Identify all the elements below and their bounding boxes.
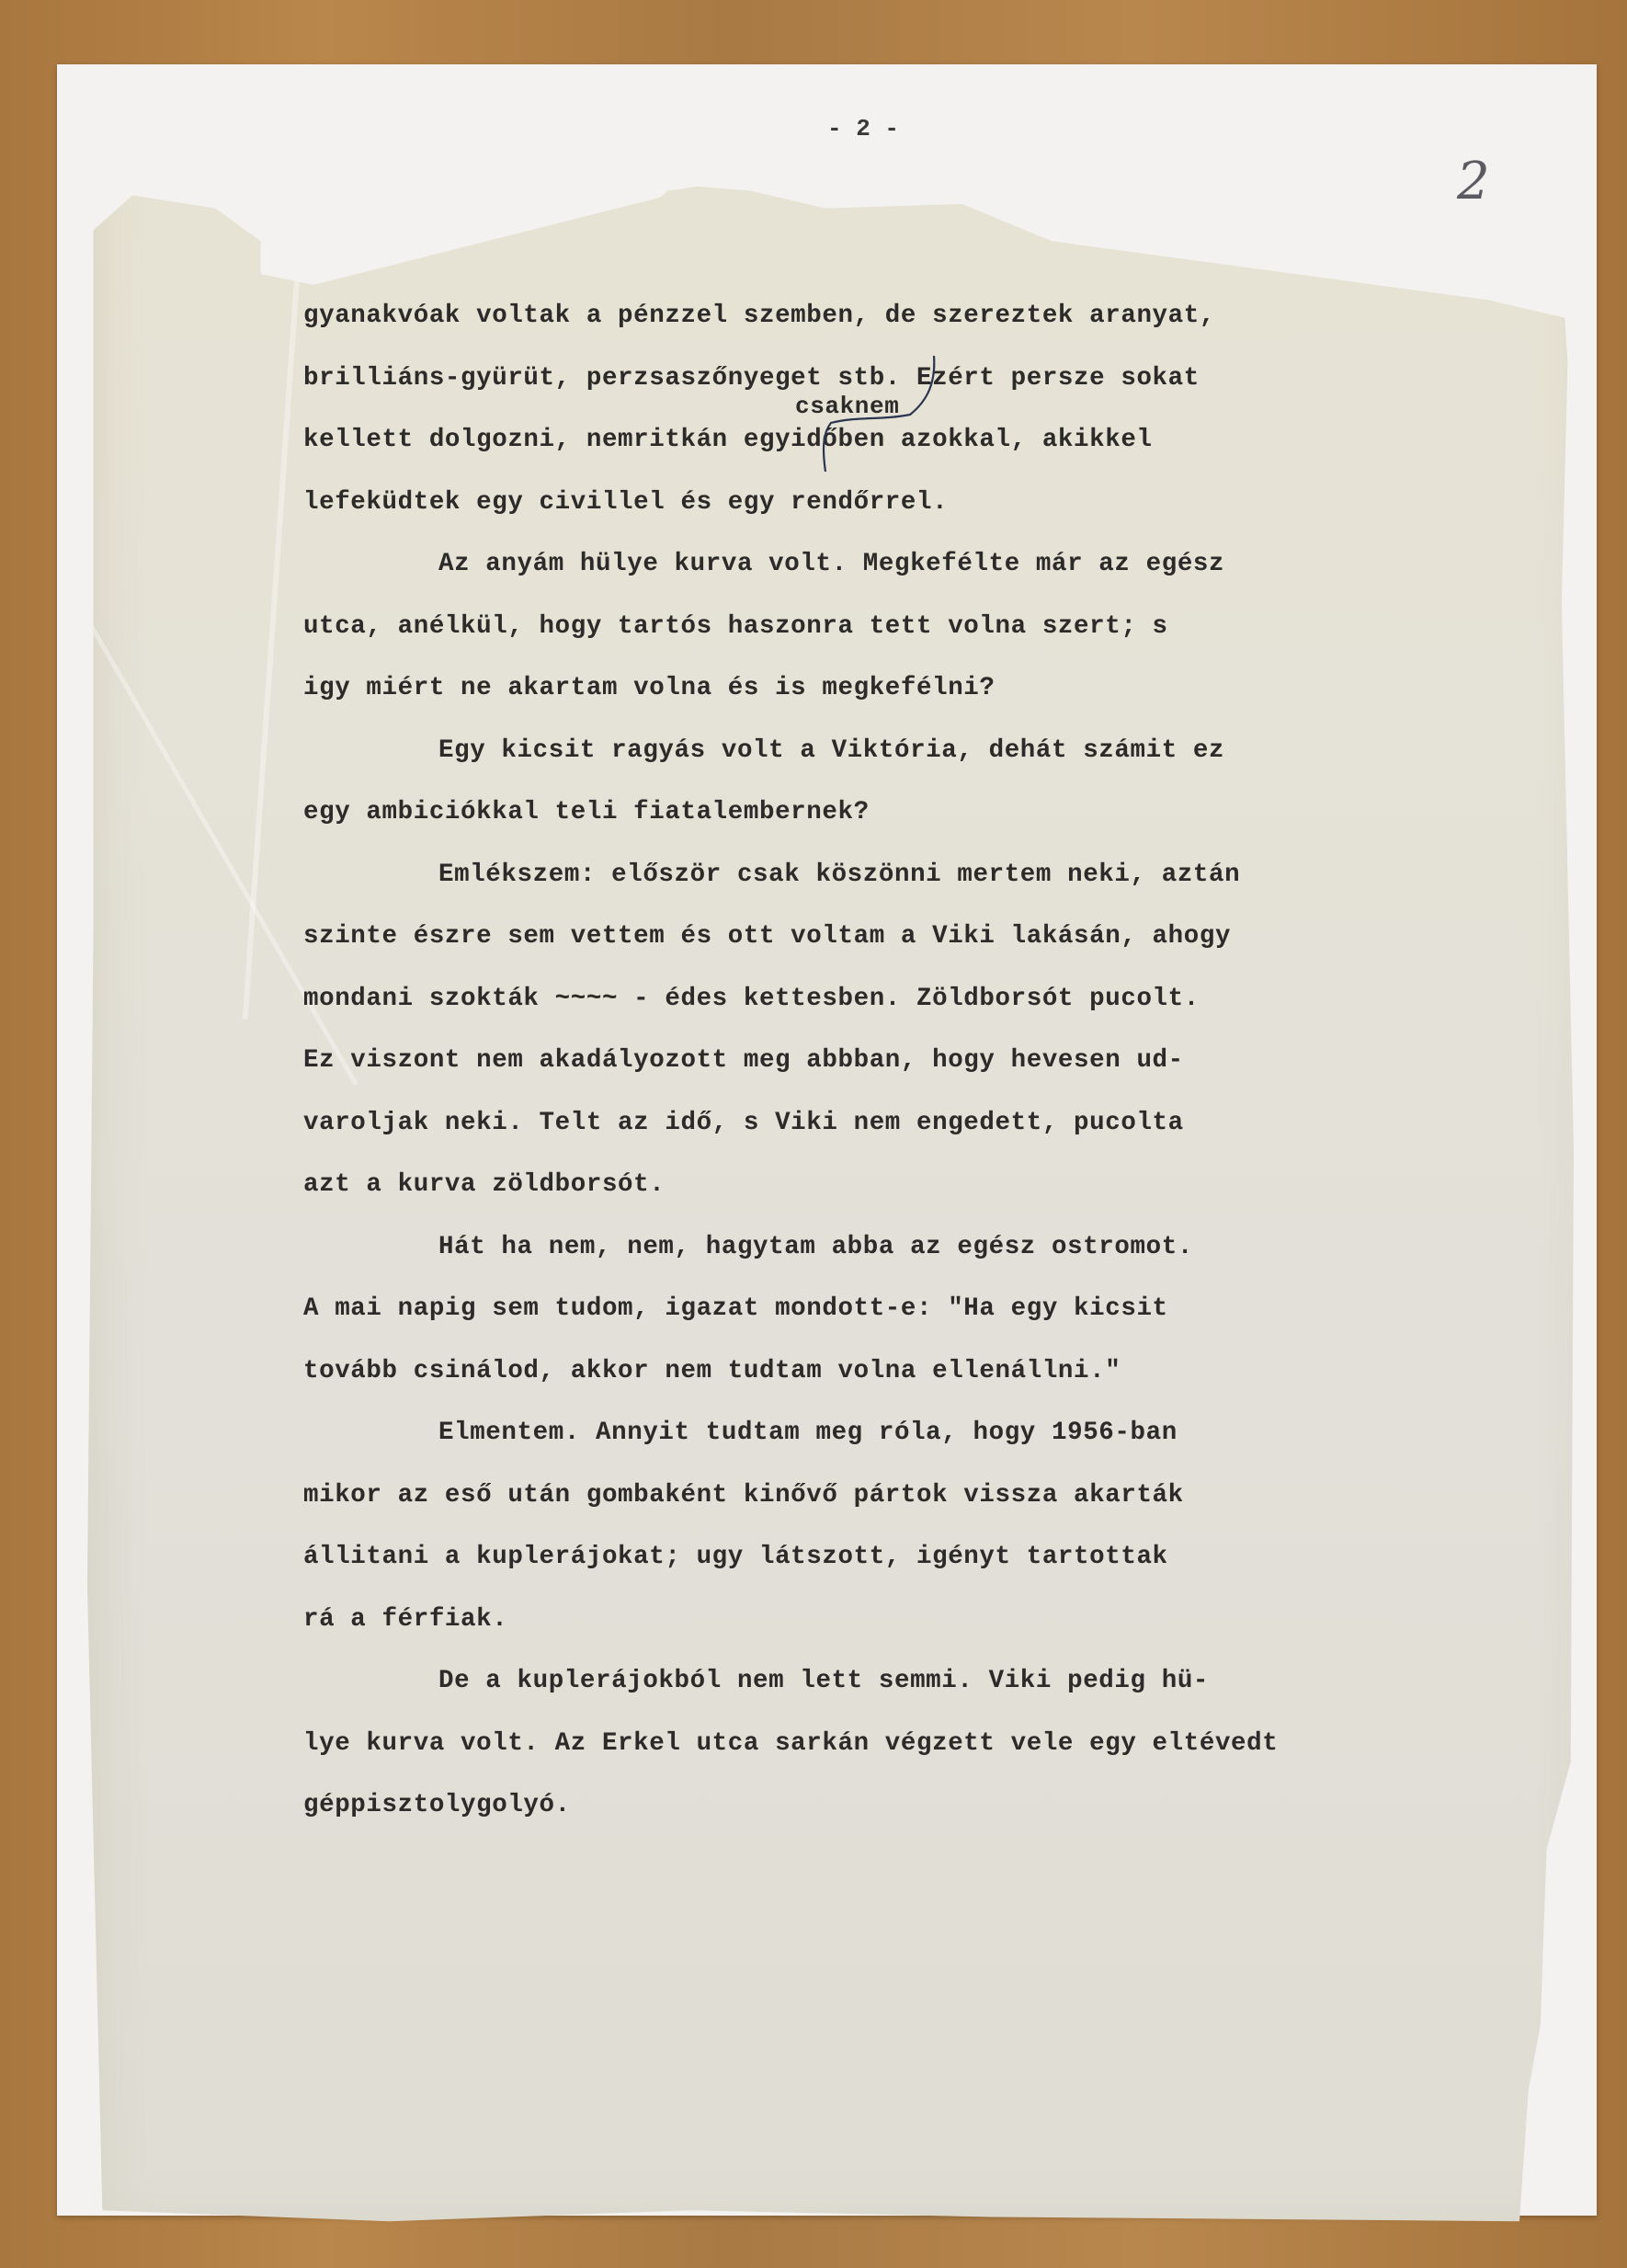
text-line: állitani a kuplerájokat; ugy látszott, i… [303, 1526, 1526, 1589]
paragraph: Hát ha nem, nem, hagytam abba az egész o… [303, 1216, 1526, 1403]
text-line: Hát ha nem, nem, hagytam abba az egész o… [303, 1216, 1526, 1279]
text-line: szinte észre sem vettem és ott voltam a … [303, 906, 1526, 968]
document-body: gyanakvóak voltak a pénzzel szemben, de … [303, 285, 1526, 1837]
paragraph: Az anyám hülye kurva volt. Megkefélte má… [303, 533, 1526, 720]
paragraph: De a kuplerájokból nem lett semmi. Viki … [303, 1650, 1526, 1837]
text-line: A mai napig sem tudom, igazat mondott-e:… [303, 1278, 1526, 1340]
text-line: Egy kicsit ragyás volt a Viktória, dehát… [303, 720, 1526, 782]
text-line: lefeküdtek egy civillel és egy rendőrrel… [303, 472, 1526, 534]
text-line: mondani szokták ~~~~ - édes kettesben. Z… [303, 968, 1526, 1031]
text-line: kellett dolgozni, nemritkán egyidőben az… [303, 409, 1526, 472]
text-line: Az anyám hülye kurva volt. Megkefélte má… [303, 533, 1526, 596]
text-line: Ez viszont nem akadályozott meg abbban, … [303, 1030, 1526, 1092]
text-line: tovább csinálod, akkor nem tudtam volna … [303, 1340, 1526, 1403]
text-line: gyanakvóak voltak a pénzzel szemben, de … [303, 285, 1526, 348]
text-line: azt a kurva zöldborsót. [303, 1154, 1526, 1216]
text-line: géppisztolygolyó. [303, 1774, 1526, 1837]
paragraph: Egy kicsit ragyás volt a Viktória, dehát… [303, 720, 1526, 844]
handwritten-page-number: 2 [1457, 152, 1490, 211]
insertion-mark-icon [818, 354, 965, 473]
text-line: egy ambiciókkal teli fiatalembernek? [303, 781, 1526, 844]
text-line: Emlékszem: először csak köszönni mertem … [303, 844, 1526, 906]
typed-page-number: - 2 - [827, 115, 899, 142]
text-line: lye kurva volt. Az Erkel utca sarkán vég… [303, 1713, 1526, 1775]
text-line: igy miért ne akartam volna és is megkefé… [303, 657, 1526, 720]
paragraph: gyanakvóak voltak a pénzzel szemben, de … [303, 285, 1526, 533]
text-line: utca, anélkül, hogy tartós haszonra tett… [303, 596, 1526, 658]
text-line: rá a férfiak. [303, 1589, 1526, 1651]
text-line: De a kuplerájokból nem lett semmi. Viki … [303, 1650, 1526, 1713]
text-line: mikor az eső után gombaként kinővő párto… [303, 1465, 1526, 1527]
paragraph: Emlékszem: először csak köszönni mertem … [303, 844, 1526, 1216]
paragraph: Elmentem. Annyit tudtam meg róla, hogy 1… [303, 1402, 1526, 1650]
text-line: varoljak neki. Telt az idő, s Viki nem e… [303, 1092, 1526, 1155]
text-line: Elmentem. Annyit tudtam meg róla, hogy 1… [303, 1402, 1526, 1465]
paper-crease [243, 194, 306, 1020]
